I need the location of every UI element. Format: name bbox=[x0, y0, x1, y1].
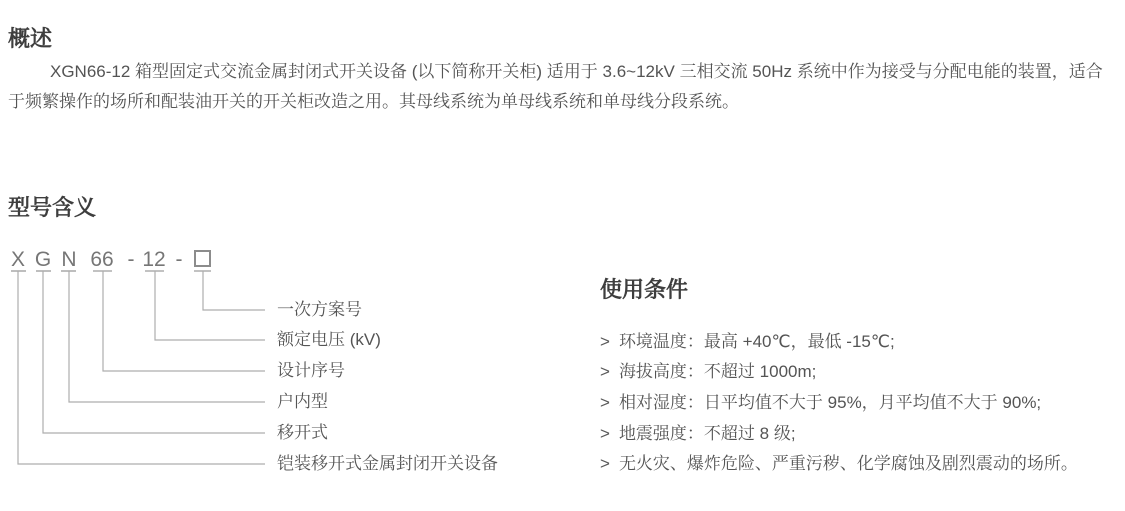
model-label-design-serial: 设计序号 bbox=[277, 361, 345, 381]
condition-text: 相对湿度：日平均值不大于 95%，月平均值不大于 90%; bbox=[619, 393, 1041, 412]
condition-item-humidity: >相对湿度：日平均值不大于 95%，月平均值不大于 90%; bbox=[600, 393, 1041, 413]
condition-item-altitude: >海拔高度：不超过 1000m; bbox=[600, 362, 816, 382]
model-diagram-lines bbox=[0, 240, 560, 480]
condition-item-earthquake: >地震强度：不超过 8 级; bbox=[600, 424, 796, 444]
model-label-armored-switchgear: 铠装移开式金属封闭开关设备 bbox=[277, 454, 498, 474]
condition-bullet-icon: > bbox=[600, 424, 610, 444]
condition-text: 环境温度：最高 +40℃，最低 -15℃; bbox=[619, 332, 895, 351]
model-label-withdrawable: 移开式 bbox=[277, 423, 328, 443]
condition-item-environment: >无火灾、爆炸危险、严重污秽、化学腐蚀及剧烈震动的场所。 bbox=[600, 454, 1078, 474]
condition-bullet-icon: > bbox=[600, 332, 610, 352]
condition-text: 海拔高度：不超过 1000m; bbox=[619, 362, 816, 381]
conditions-section-title: 使用条件 bbox=[600, 277, 688, 303]
condition-text: 无火灾、爆炸危险、严重污秽、化学腐蚀及剧烈震动的场所。 bbox=[619, 454, 1078, 473]
condition-item-temperature: >环境温度：最高 +40℃，最低 -15℃; bbox=[600, 332, 895, 352]
model-label-indoor-type: 户内型 bbox=[277, 392, 328, 412]
product-doc-page: 概述 XGN66-12 箱型固定式交流金属封闭式开关设备 (以下简称开关柜) 适… bbox=[0, 0, 1125, 511]
condition-bullet-icon: > bbox=[600, 393, 610, 413]
model-label-scheme-number: 一次方案号 bbox=[277, 300, 362, 320]
condition-bullet-icon: > bbox=[600, 454, 610, 474]
condition-bullet-icon: > bbox=[600, 362, 610, 382]
model-label-rated-voltage: 额定电压 (kV) bbox=[277, 330, 381, 350]
condition-text: 地震强度：不超过 8 级; bbox=[619, 424, 796, 443]
overview-section-title: 概述 bbox=[8, 26, 52, 52]
overview-paragraph: XGN66-12 箱型固定式交流金属封闭式开关设备 (以下简称开关柜) 适用于 … bbox=[8, 57, 1113, 117]
model-meaning-section-title: 型号含义 bbox=[8, 195, 96, 221]
